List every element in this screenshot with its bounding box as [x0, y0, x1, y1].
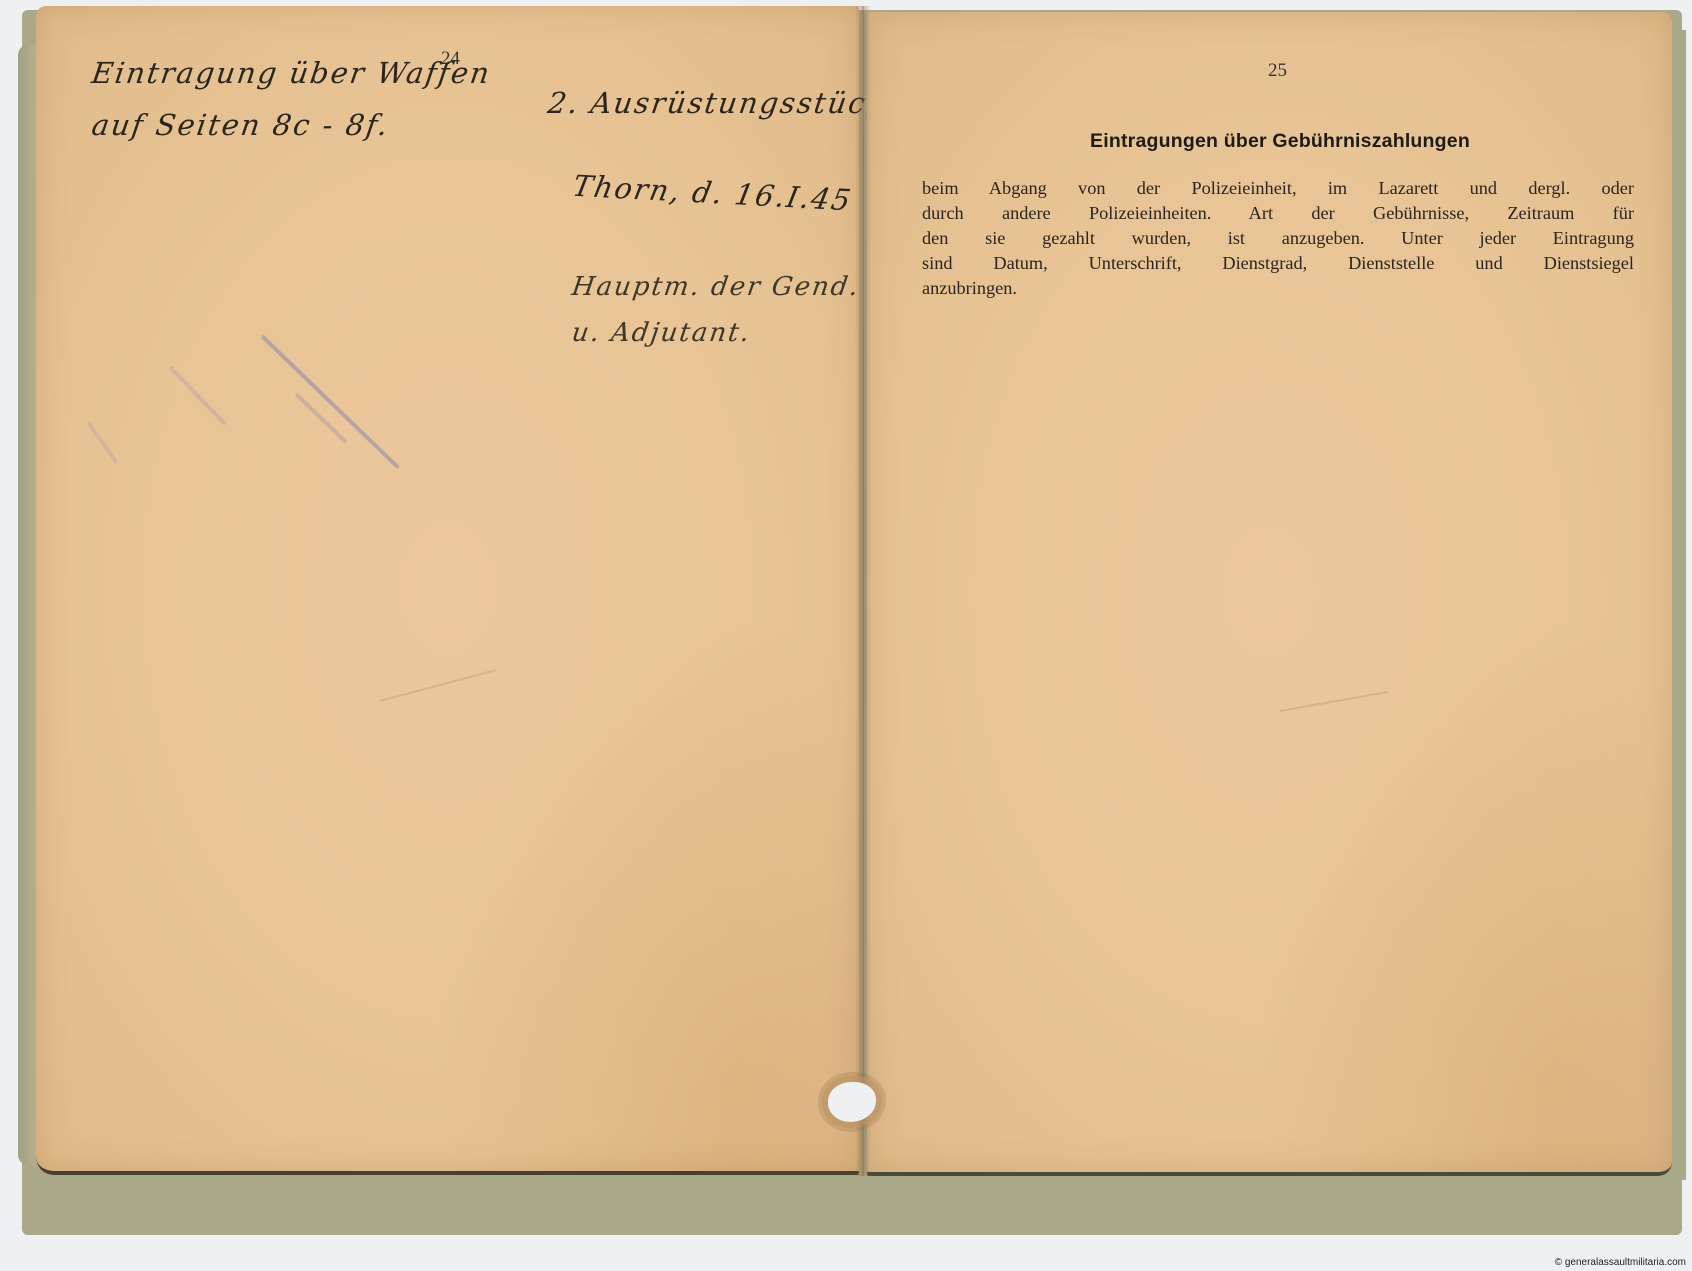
right-page-number: 25 — [1268, 60, 1287, 82]
book-spine — [855, 6, 871, 1176]
paragraph-line: anzubringen. — [922, 276, 1634, 301]
section-heading: Eintragungen über Gebührniszahlungen — [930, 130, 1630, 153]
instruction-paragraph: beim Abgang von der Polizeieinheit, im L… — [922, 176, 1634, 301]
handwritten-signature-title: Hauptm. der Gend. — [570, 272, 862, 302]
copyright-watermark: © generalassaultmilitaria.com — [1555, 1257, 1686, 1268]
handwritten-signature-title: u. Adjutant. — [570, 318, 753, 348]
paragraph-line: sind Datum, Unterschrift, Dienstgrad, Di… — [922, 251, 1634, 276]
paragraph-line: den sie gezahlt wurden, ist anzugeben. U… — [922, 226, 1634, 251]
paragraph-line: beim Abgang von der Polizeieinheit, im L… — [922, 176, 1634, 201]
paragraph-line: durch andere Polizeieinheiten. Art der G… — [922, 201, 1634, 226]
scanned-document: 24 Eintragung über Waffen auf Seiten 8c … — [0, 0, 1692, 1271]
handwritten-line: 2. Ausrüstungsstücke — [546, 86, 908, 120]
handwritten-line: Eintragung über Waffen — [90, 56, 494, 90]
handwritten-line: auf Seiten 8c - 8f. — [90, 108, 392, 142]
